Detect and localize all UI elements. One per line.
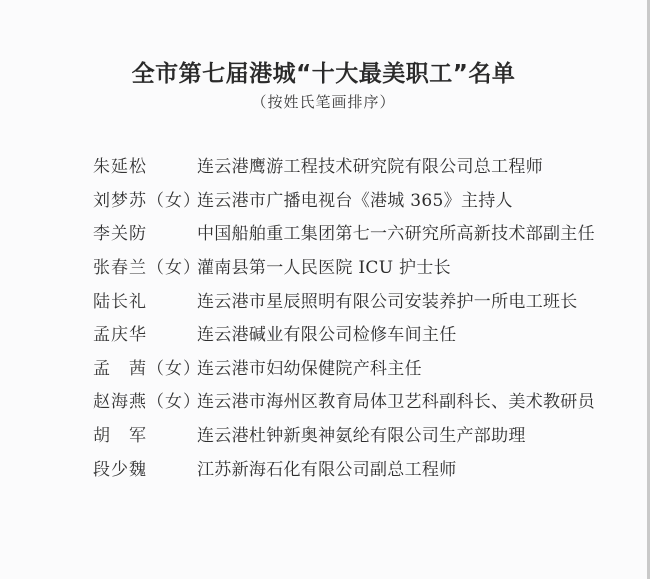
honoree-organization: 连云港市海州区教育局体卫艺科副科长、美术教研员 [197, 387, 595, 412]
honoree-list: 朱延松 连云港鹰游工程技术研究院有限公司总工程师 刘梦苏（女） 连云港市广播电视… [93, 148, 633, 484]
honoree-name: 朱延松 [93, 152, 197, 177]
honoree-organization: 连云港碱业有限公司检修车间主任 [197, 320, 457, 345]
honoree-organization: 中国船舶重工集团第七一六研究所高新技术部副主任 [197, 219, 595, 244]
honoree-name: 段少魏 [93, 455, 197, 480]
honoree-organization: 连云港市妇幼保健院产科主任 [197, 354, 422, 379]
honoree-name: 刘梦苏（女） [93, 186, 197, 211]
honoree-name: 孟庆华 [93, 320, 197, 345]
honoree-organization: 连云港市广播电视台《港城 365》主持人 [197, 186, 513, 211]
honoree-name: 孟 茜（女） [93, 354, 197, 379]
honoree-organization: 连云港鹰游工程技术研究院有限公司总工程师 [197, 152, 543, 177]
document-page: 全市第七届港城“十大最美职工”名单 （按姓氏笔画排序） 朱延松 连云港鹰游工程技… [0, 0, 647, 579]
honoree-organization: 江苏新海石化有限公司副总工程师 [197, 455, 457, 480]
honoree-name: 胡 军 [93, 421, 197, 446]
list-item: 孟 茜（女） 连云港市妇幼保健院产科主任 [93, 350, 633, 384]
honoree-organization: 连云港杜钟新奥神氨纶有限公司生产部助理 [197, 421, 526, 446]
document-title: 全市第七届港城“十大最美职工”名单 [0, 55, 647, 88]
honoree-name: 张春兰（女） [93, 253, 197, 278]
list-item: 刘梦苏（女） 连云港市广播电视台《港城 365》主持人 [93, 182, 633, 216]
list-item: 张春兰（女） 灌南县第一人民医院 ICU 护士长 [93, 249, 633, 283]
list-item: 李关防 中国船舶重工集团第七一六研究所高新技术部副主任 [93, 215, 633, 249]
honoree-name: 赵海燕（女） [93, 387, 197, 412]
honoree-organization: 连云港市星辰照明有限公司安装养护一所电工班长 [197, 287, 578, 312]
honoree-name: 陆长礼 [93, 287, 197, 312]
list-item: 胡 军 连云港杜钟新奥神氨纶有限公司生产部助理 [93, 417, 633, 451]
document-subtitle: （按姓氏笔画排序） [0, 91, 647, 112]
list-item: 陆长礼 连云港市星辰照明有限公司安装养护一所电工班长 [93, 282, 633, 316]
list-item: 段少魏 江苏新海石化有限公司副总工程师 [93, 450, 633, 484]
list-item: 赵海燕（女） 连云港市海州区教育局体卫艺科副科长、美术教研员 [93, 383, 633, 417]
list-item: 孟庆华 连云港碱业有限公司检修车间主任 [93, 316, 633, 350]
honoree-organization: 灌南县第一人民医院 ICU 护士长 [197, 253, 451, 278]
list-item: 朱延松 连云港鹰游工程技术研究院有限公司总工程师 [93, 148, 633, 182]
honoree-name: 李关防 [93, 219, 197, 244]
